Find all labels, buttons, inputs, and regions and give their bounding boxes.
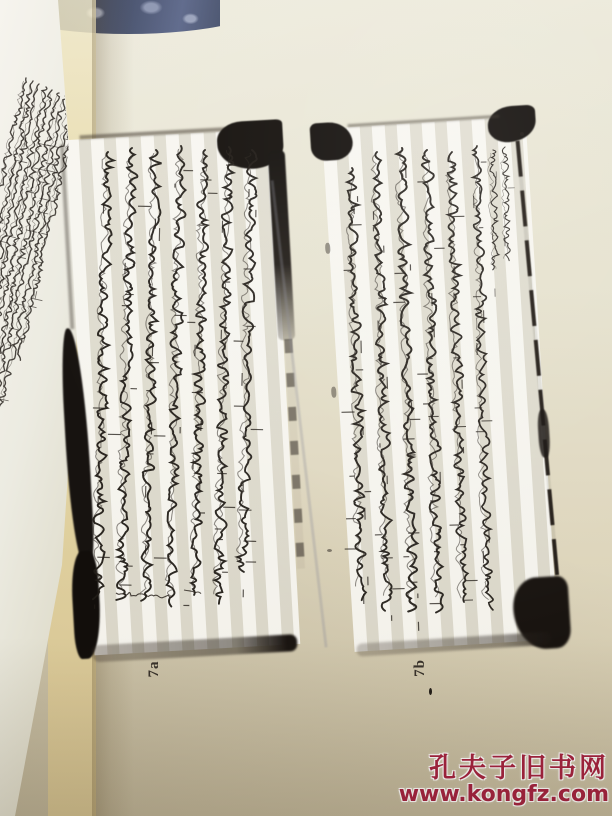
folio-caption-7a: 7a	[136, 651, 172, 687]
ink-speck	[327, 549, 332, 552]
watermark-site-name: 孔夫子旧书网	[399, 755, 609, 783]
ink-speck	[520, 132, 524, 136]
folio-7a-paper	[66, 129, 300, 656]
folio-caption-7b-label: 7b	[412, 659, 429, 677]
folio-caption-7a-label: 7a	[146, 661, 163, 678]
watermark: 孔夫子旧书网 www.kongfz.com	[399, 755, 609, 806]
folio-7b-left-speck	[331, 387, 337, 398]
book-photo: 7a 7b 孔夫子旧书网 www.kongfz.com	[0, 0, 612, 816]
folio-facsimile-7a	[58, 124, 309, 660]
folio-facsimile-7b	[314, 112, 567, 657]
ink-speck	[429, 688, 432, 695]
folio-7b-left-speck	[325, 243, 331, 254]
folio-caption-7b: 7b	[402, 650, 438, 686]
watermark-site-url: www.kongfz.com	[399, 783, 609, 806]
